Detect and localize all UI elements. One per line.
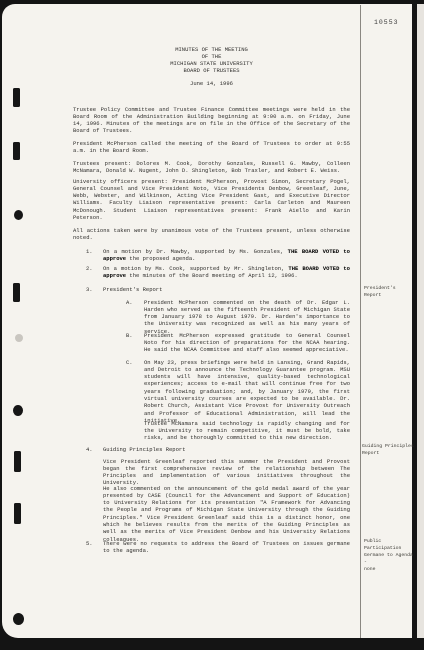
item-3-number: 3. bbox=[86, 286, 100, 293]
item-4-paragraph-2: He also commented on the announcement of… bbox=[103, 485, 350, 543]
page-number: 10553 bbox=[374, 19, 399, 26]
item-5-text: There were no requests to address the Bo… bbox=[103, 540, 350, 555]
item-1-text: On a motion by Dr. Mawby, supported by M… bbox=[103, 248, 350, 263]
punch-hole-mark bbox=[13, 283, 20, 302]
item-4-paragraph-1: Vice President Greenleaf reported this s… bbox=[103, 458, 350, 487]
punch-hole-mark bbox=[13, 142, 20, 160]
item-4-number: 4. bbox=[86, 446, 100, 453]
margin-note-presidents-report: President's Report bbox=[364, 285, 412, 299]
document-title: MINUTES OF THE MEETING OF THE MICHIGAN S… bbox=[73, 46, 350, 75]
item-3b-letter: B. bbox=[126, 332, 140, 339]
item-2-text: On a motion by Ms. Cook, supported by Mr… bbox=[103, 265, 350, 280]
punch-hole-mark bbox=[14, 451, 21, 472]
item-3-heading: President's Report bbox=[103, 286, 162, 293]
document-page: 10553 MINUTES OF THE MEETING OF THE MICH… bbox=[2, 4, 412, 638]
punch-hole-dot-faint bbox=[15, 334, 23, 342]
punch-hole-mark bbox=[13, 88, 20, 107]
item-5-number: 5. bbox=[86, 540, 100, 547]
paragraph-trustees-present: Trustees present: Dolores M. Cook, Dorot… bbox=[73, 160, 350, 175]
meeting-date: June 14, 1996 bbox=[73, 80, 350, 87]
punch-hole-dot bbox=[13, 613, 24, 625]
scanned-document: 10553 MINUTES OF THE MEETING OF THE MICH… bbox=[0, 0, 424, 650]
item-4-heading: Guiding Principles Report bbox=[103, 446, 186, 453]
item-3c-letter: C. bbox=[126, 359, 140, 366]
item-3a-text: President McPherson commented on the dea… bbox=[144, 299, 350, 335]
item-1-number: 1. bbox=[86, 248, 100, 255]
item-3b-text: President McPherson expressed gratitude … bbox=[144, 332, 350, 354]
paragraph-committee-meetings: Trustee Policy Committee and Trustee Fin… bbox=[73, 106, 350, 135]
page-edge-strip bbox=[417, 4, 424, 638]
punch-hole-dot bbox=[14, 210, 23, 220]
item-3-mcnamara-comment: Trustee McNamara said technology is rapi… bbox=[144, 420, 350, 442]
paragraph-officers-present: University officers present: President M… bbox=[73, 178, 350, 222]
item-3c-text: On May 23, press briefings were held in … bbox=[144, 359, 350, 425]
margin-note-public-participation: Public Participation Germane to Agenda -… bbox=[364, 538, 416, 573]
paragraph-call-to-order: President McPherson called the meeting o… bbox=[73, 140, 350, 155]
paragraph-unanimous-note: All actions taken were by unanimous vote… bbox=[73, 227, 350, 242]
margin-note-guiding-principles: Guiding Principles Report bbox=[362, 443, 414, 457]
punch-hole-mark bbox=[14, 503, 21, 524]
margin-rule-line bbox=[360, 5, 361, 638]
punch-hole-dot bbox=[13, 405, 23, 416]
item-2-number: 2. bbox=[86, 265, 100, 272]
item-3a-letter: A. bbox=[126, 299, 140, 306]
